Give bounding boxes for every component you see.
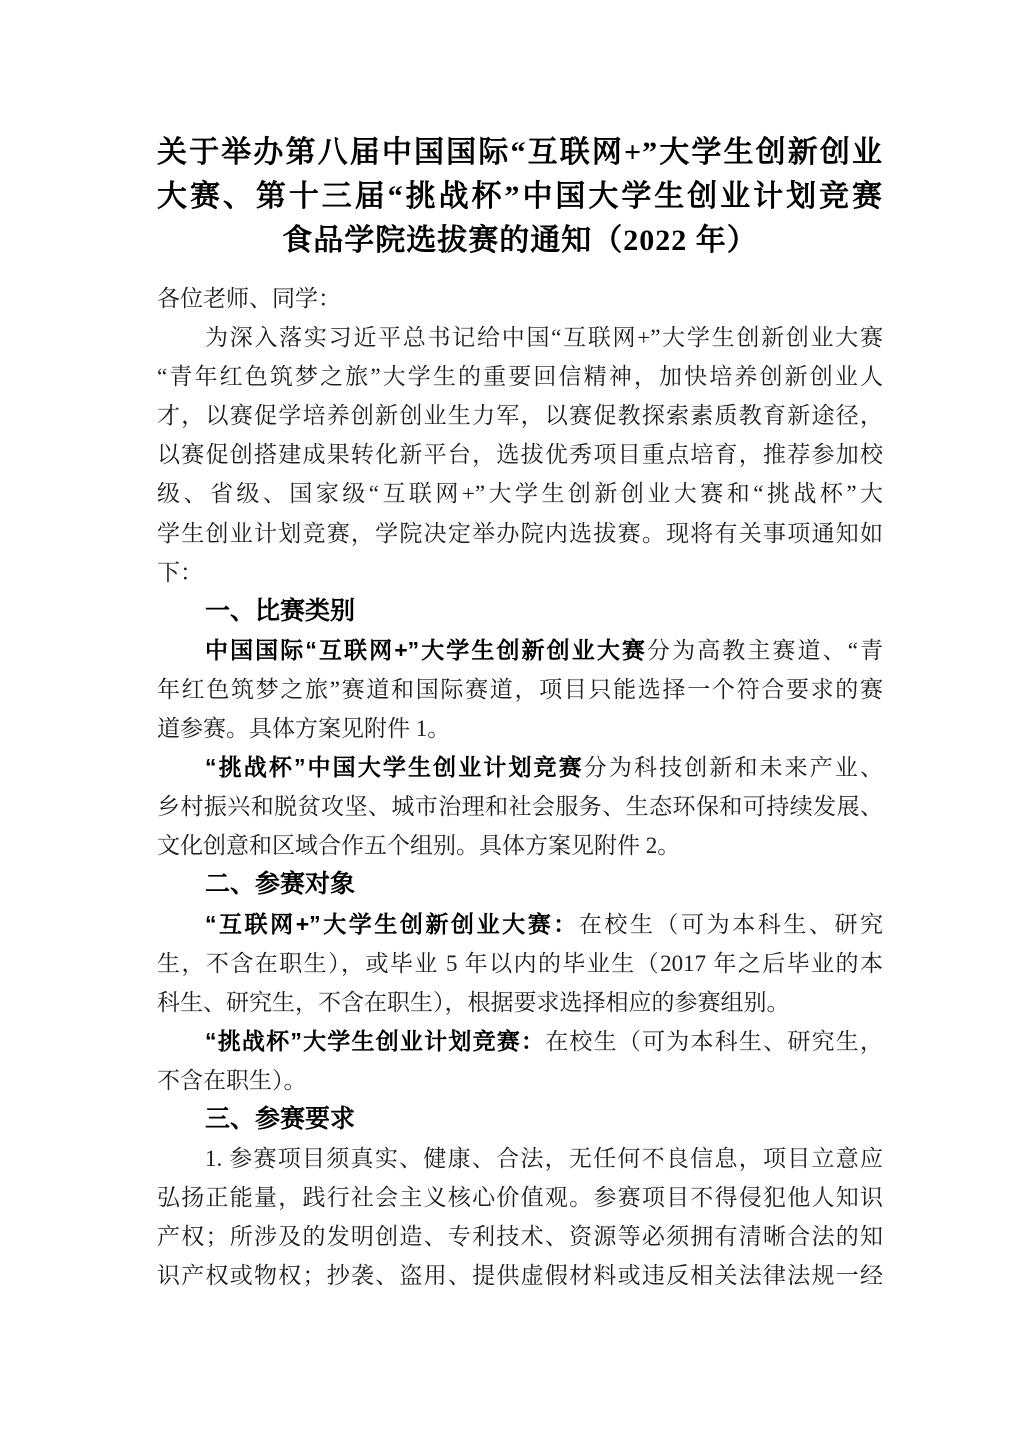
text-segment: 下：: [157, 560, 203, 585]
text-segment: 乡村振兴和脱贫攻坚、城市治理和社会服务、生态环保和可持续发展、: [157, 794, 883, 819]
section-heading: 一、比赛类别: [157, 592, 883, 631]
document-page: 关于举办第八届中国国际“互联网+”大学生创新创业 大赛、第十三届“挑战杯”中国大…: [0, 0, 1024, 1448]
text-line: 识产权或物权；抄袭、盗用、提供虚假材料或违反相关法律法规一经: [157, 1256, 883, 1295]
text-segment: 在校生（可为本科生、研究: [579, 912, 883, 937]
text-line: “挑战杯”中国大学生创业计划竞赛分为科技创新和未来产业、: [157, 748, 883, 787]
text-line: 中国国际“互联网+”大学生创新创业大赛分为高教主赛道、“青: [157, 631, 883, 670]
text-line: 道参赛。具体方案见附件 1。: [157, 709, 883, 748]
text-segment: 产权；所涉及的发明创造、专利技术、资源等必须拥有清晰合法的知: [157, 1224, 883, 1249]
bold-text-segment: 一、比赛类别: [205, 597, 355, 625]
bold-text-segment: 三、参赛要求: [205, 1105, 355, 1133]
text-segment: 分为高教主赛道、“青: [647, 638, 883, 663]
text-segment: 才，以赛促学培养创新创业生力军，以赛促教探索素质教育新途径，: [157, 403, 883, 428]
bold-text-segment: “挑战杯”中国大学生创业计划竞赛: [205, 754, 584, 780]
text-line: 年红色筑梦之旅”赛道和国际赛道，项目只能选择一个符合要求的赛: [157, 670, 883, 709]
title-line-2: 大赛、第十三届“挑战杯”中国大学生创业计划竞赛: [157, 175, 883, 219]
text-segment: 1. 参赛项目须真实、健康、合法，无任何不良信息，项目立意应: [205, 1146, 883, 1171]
bold-text-segment: “互联网+”大学生创新创业大赛：: [205, 911, 579, 937]
text-segment: 科生、研究生，不含在职生），根据要求选择相应的参赛组别。: [157, 990, 790, 1015]
text-segment: 生，不含在职生），或毕业 5 年以内的毕业生（2017 年之后毕业的本: [157, 951, 883, 976]
text-line: 才，以赛促学培养创新创业生力军，以赛促教探索素质教育新途径，: [157, 396, 883, 435]
text-segment: 为深入落实习近平总书记给中国“互联网+”大学生创新创业大赛: [205, 325, 883, 350]
notice-document: 关于举办第八届中国国际“互联网+”大学生创新创业 大赛、第十三届“挑战杯”中国大…: [157, 131, 883, 1295]
bold-text-segment: 二、参赛对象: [205, 870, 355, 898]
title-line-3: 食品学院选拔赛的通知（2022 年）: [157, 219, 883, 263]
text-line: 为深入落实习近平总书记给中国“互联网+”大学生创新创业大赛: [157, 318, 883, 357]
section-heading: 二、参赛对象: [157, 865, 883, 904]
text-segment: 弘扬正能量，践行社会主义核心价值观。参赛项目不得侵犯他人知识: [157, 1185, 883, 1210]
document-body: 各位老师、同学：为深入落实习近平总书记给中国“互联网+”大学生创新创业大赛“青年…: [157, 279, 883, 1295]
text-line: 1. 参赛项目须真实、健康、合法，无任何不良信息，项目立意应: [157, 1139, 883, 1178]
text-segment: 识产权或物权；抄袭、盗用、提供虚假材料或违反相关法律法规一经: [157, 1263, 883, 1288]
section-heading: 三、参赛要求: [157, 1100, 883, 1139]
text-line: 学生创业计划竞赛，学院决定举办院内选拔赛。现将有关事项通知如: [157, 514, 883, 553]
text-segment: 年红色筑梦之旅”赛道和国际赛道，项目只能选择一个符合要求的赛: [157, 677, 883, 702]
title-line-1: 关于举办第八届中国国际“互联网+”大学生创新创业: [157, 131, 883, 175]
text-line: 文化创意和区域合作五个组别。具体方案见附件 2。: [157, 826, 883, 865]
text-segment: 各位老师、同学：: [157, 286, 341, 311]
document-title: 关于举办第八届中国国际“互联网+”大学生创新创业 大赛、第十三届“挑战杯”中国大…: [157, 131, 883, 263]
text-segment: 在校生（可为本科生、研究生，: [545, 1029, 883, 1054]
text-line: 下：: [157, 553, 883, 592]
text-segment: 分为科技创新和未来产业、: [584, 755, 883, 780]
text-line: 弘扬正能量，践行社会主义核心价值观。参赛项目不得侵犯他人知识: [157, 1178, 883, 1217]
text-segment: 文化创意和区域合作五个组别。具体方案见附件 2。: [157, 833, 680, 858]
text-line: 科生、研究生，不含在职生），根据要求选择相应的参赛组别。: [157, 983, 883, 1022]
text-line: 生，不含在职生），或毕业 5 年以内的毕业生（2017 年之后毕业的本: [157, 944, 883, 983]
text-line: 以赛促创搭建成果转化新平台，选拔优秀项目重点培育，推荐参加校: [157, 435, 883, 474]
text-line: “互联网+”大学生创新创业大赛：在校生（可为本科生、研究: [157, 905, 883, 944]
text-segment: “青年红色筑梦之旅”大学生的重要回信精神，加快培养创新创业人: [157, 364, 883, 389]
bold-text-segment: “挑战杯”大学生创业计划竞赛：: [205, 1028, 545, 1054]
text-line: 级、省级、国家级“互联网+”大学生创新创业大赛和“挑战杯”大: [157, 474, 883, 513]
text-line: “青年红色筑梦之旅”大学生的重要回信精神，加快培养创新创业人: [157, 357, 883, 396]
text-segment: 道参赛。具体方案见附件 1。: [157, 716, 450, 741]
text-line: 乡村振兴和脱贫攻坚、城市治理和社会服务、生态环保和可持续发展、: [157, 787, 883, 826]
text-line: 产权；所涉及的发明创造、专利技术、资源等必须拥有清晰合法的知: [157, 1217, 883, 1256]
bold-text-segment: 中国国际“互联网+”大学生创新创业大赛: [205, 637, 647, 663]
text-line: 不含在职生）。: [157, 1061, 883, 1100]
text-segment: 级、省级、国家级“互联网+”大学生创新创业大赛和“挑战杯”大: [157, 481, 883, 506]
text-line: 各位老师、同学：: [157, 279, 883, 318]
text-segment: 不含在职生）。: [157, 1068, 307, 1093]
text-segment: 以赛促创搭建成果转化新平台，选拔优秀项目重点培育，推荐参加校: [157, 442, 883, 467]
text-line: “挑战杯”大学生创业计划竞赛：在校生（可为本科生、研究生，: [157, 1022, 883, 1061]
text-segment: 学生创业计划竞赛，学院决定举办院内选拔赛。现将有关事项通知如: [157, 521, 883, 546]
